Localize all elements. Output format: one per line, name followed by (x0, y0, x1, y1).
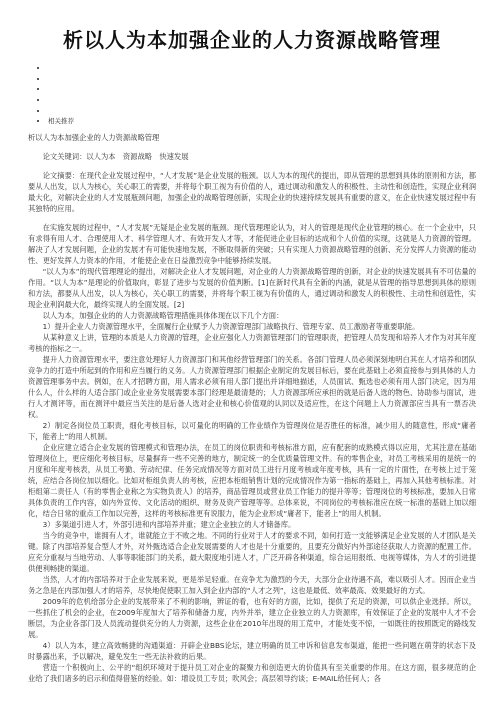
paragraph: 营造一个积极向上、公平的“组织环境对于提升员工对企业的凝聚力和创造更大的价值具有… (28, 662, 476, 684)
bullet-item[interactable] (48, 74, 504, 85)
paragraph: 企业应建立适合企业发展的管理模式和管理办法，在员工的岗位职责和考核标准方面，应有… (28, 442, 476, 519)
section-heading: 1）提升企业人力资源管理水平，全面履行企业赋予人力资源管理部门战略执行、管理专家… (28, 321, 476, 332)
paragraph: 当今的竞争中，谁拥有人才，谁就能立于不败之地。不同的行业对于人才的要求不同，如何… (28, 530, 476, 574)
paragraph: 从某种意义上讲，管理的本质是人力资源的管理，企业应强化人力资源管理部门的管理职责… (28, 332, 476, 354)
paragraph: 在实施发展的过程中，“人才发展”无疑是企业发展的瓶颈。现代管理理论认为，对人的管… (28, 222, 476, 266)
paragraph: 当然，人才的内部培养对于企业发展来说，更是举足轻重。在竞争尤为激烈的今天，大部分… (28, 574, 476, 596)
nav-bullet-list: 相关推荐 (0, 63, 504, 127)
bullet-item[interactable] (48, 106, 504, 117)
paragraph: 以人为本，加强企业的的人力资源战略管理措施具体体现在以下几个方面： (28, 310, 476, 321)
paragraph: “以人为本”的现代管理理论的提出，对解决企业人才发展问题，对企业的人力资源战略管… (28, 266, 476, 310)
paragraph: 提升人力资源管理水平，要注意处理好人力资源部门和其他经营管理部门的关系。各部门管… (28, 354, 476, 420)
keywords: 论文关键词：以人为本 资源战略 快速发展 (28, 151, 476, 162)
bullet-item[interactable] (48, 84, 504, 95)
article-body: 析以人为本加强企业的人力资源战略管理 论文关键词：以人为本 资源战略 快速发展 … (0, 132, 504, 684)
paragraph: 2009年的危机给部分企业的发展带来了不利的影响，辨证的看，也有好的方面，比如，… (28, 596, 476, 640)
section-heading: 4）以人为本，建立高效畅捷的沟通渠道：开辟企业BBS论坛，建立明确的员工申诉和信… (28, 640, 476, 662)
section-heading: 3）多渠道引进人才，外部引进和内部培养并重；建立企业独立的人才储备库。 (28, 519, 476, 530)
related-recommendations-link[interactable]: 相关推荐 (48, 116, 504, 127)
page-title: 析以人为本加强企业的人力资源战略管理 (0, 24, 504, 53)
article-title: 析以人为本加强企业的人力资源战略管理 (28, 132, 476, 143)
bullet-item[interactable] (48, 95, 504, 106)
bullet-item[interactable] (48, 63, 504, 74)
abstract: 论文摘要：在现代企业发展过程中，“人才发展”是企业发展的瓶颈。以人为本的现代的提… (28, 170, 476, 214)
section-heading: 2）制定各岗位员工职责，细化考核目标，以可量化的明确的工作业绩作为管理岗位是否胜… (28, 420, 476, 442)
